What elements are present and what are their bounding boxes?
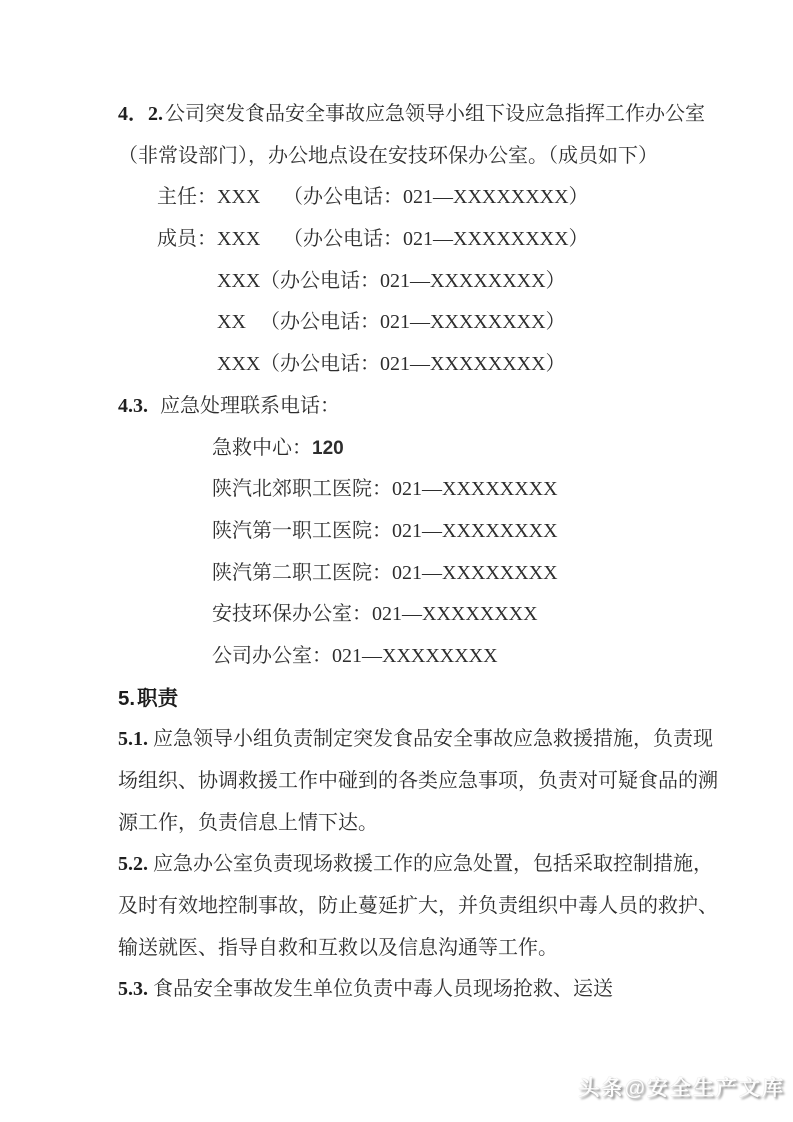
section-4-3-heading: 4.3.应急处理联系电话： [118, 386, 718, 428]
section-5-2-line-1: 5.2.应急办公室负责现场救援工作的应急处置，包括采取控制措施， [118, 844, 718, 886]
watermark-toutiao-badge: 头条@安全生产文库 [579, 1072, 785, 1106]
section-4-2-line-2: （非常设部门），办公地点设在安技环保办公室。（成员如下） [118, 136, 718, 178]
section-5-3-text: 食品安全事故发生单位负责中毒人员现场抢救、运送 [153, 978, 613, 1000]
member-name: XXX [217, 344, 260, 386]
section-4-3-title: 应急处理联系电话： [160, 395, 340, 417]
section-5-2-line-2: 及时有效地控制事故，防止蔓延扩大，并负责组织中毒人员的救护、 [118, 886, 718, 928]
contact-label: 急救中心： [212, 437, 312, 459]
section-4-2-line-1: 4．2.公司突发食品安全事故应急领导小组下设应急指挥工作办公室 [118, 94, 718, 136]
section-5-1-number: 5.1. [118, 728, 148, 750]
contact-row-north-hospital: 陕汽北郊职工医院：021—XXXXXXXX [212, 469, 718, 511]
member-phone: （办公电话：021—XXXXXXXX） [260, 344, 566, 386]
contact-label: 公司办公室： [212, 645, 332, 667]
member-row-2: XXX （办公电话：021—XXXXXXXX） [157, 261, 718, 303]
section-5-1-line-2: 场组织、协调救援工作中碰到的各类应急事项，负责对可疑食品的溯 [118, 761, 718, 803]
member-name: XXX [217, 177, 260, 219]
section-5-2-number: 5.2. [118, 853, 148, 875]
contact-label: 陕汽第一职工医院： [212, 520, 392, 542]
member-row-3: XX （办公电话：021—XXXXXXXX） [157, 302, 718, 344]
section-5-heading: 5.职责 [118, 678, 718, 720]
contact-number: 021—XXXXXXXX [392, 520, 558, 542]
contact-number: 021—XXXXXXXX [372, 603, 538, 625]
member-name: XX [217, 302, 246, 344]
section-5-3-line-1: 5.3.食品安全事故发生单位负责中毒人员现场抢救、运送 [118, 969, 718, 1011]
section-5-2-line-3: 输送就医、指导自救和互救以及信息沟通等工作。 [118, 928, 718, 970]
section-5-1-line-1: 5.1.应急领导小组负责制定突发食品安全事故应急救援措施，负责现 [118, 719, 718, 761]
member-row-4: XXX （办公电话：021—XXXXXXXX） [157, 344, 718, 386]
section-5-1-text: 应急领导小组负责制定突发食品安全事故应急救援措施，负责现 [153, 728, 713, 750]
member-name: XXX [217, 219, 260, 261]
contact-number: 021—XXXXXXXX [392, 478, 558, 500]
document-content: 4．2.公司突发食品安全事故应急领导小组下设应急指挥工作办公室 （非常设部门），… [118, 0, 718, 1011]
member-name: XXX [217, 261, 260, 303]
section-5-2-text: 应急办公室负责现场救援工作的应急处置，包括采取控制措施， [153, 853, 713, 875]
member-phone: （办公电话：021—XXXXXXXX） [283, 219, 589, 261]
member-phone: （办公电话：021—XXXXXXXX） [260, 261, 566, 303]
contact-row-emergency-center: 急救中心：120 [212, 428, 718, 470]
member-role-label: 成员： [157, 228, 217, 250]
contact-row-safety-office: 安技环保办公室：021—XXXXXXXX [212, 594, 718, 636]
contact-number: 120 [312, 438, 344, 459]
section-5-1-line-3: 源工作，负责信息上情下达。 [118, 803, 718, 845]
member-role-label: 主任： [157, 186, 217, 208]
member-phone: （办公电话：021—XXXXXXXX） [260, 302, 566, 344]
member-phone: （办公电话：021—XXXXXXXX） [283, 177, 589, 219]
contact-number: 021—XXXXXXXX [392, 562, 558, 584]
contact-row-company-office: 公司办公室：021—XXXXXXXX [212, 636, 718, 678]
section-5-3-number: 5.3. [118, 978, 148, 1000]
section-4-2-text: 公司突发食品安全事故应急领导小组下设应急指挥工作办公室 [165, 103, 705, 125]
contact-label: 安技环保办公室： [212, 603, 372, 625]
contact-label: 陕汽第二职工医院： [212, 562, 392, 584]
contact-row-second-hospital: 陕汽第二职工医院：021—XXXXXXXX [212, 553, 718, 595]
section-5-title: 职责 [137, 687, 178, 710]
section-4-2-number: 4．2. [118, 103, 163, 125]
contact-row-first-hospital: 陕汽第一职工医院：021—XXXXXXXX [212, 511, 718, 553]
contact-number: 021—XXXXXXXX [332, 645, 498, 667]
section-4-3-number: 4.3. [118, 395, 148, 417]
contact-label: 陕汽北郊职工医院： [212, 478, 392, 500]
document-page: 4．2.公司突发食品安全事故应急领导小组下设应急指挥工作办公室 （非常设部门），… [0, 0, 793, 1122]
section-5-number: 5. [118, 687, 135, 710]
member-row-1: 成员： XXX （办公电话：021—XXXXXXXX） [157, 219, 718, 261]
member-row-director: 主任： XXX （办公电话：021—XXXXXXXX） [157, 177, 718, 219]
